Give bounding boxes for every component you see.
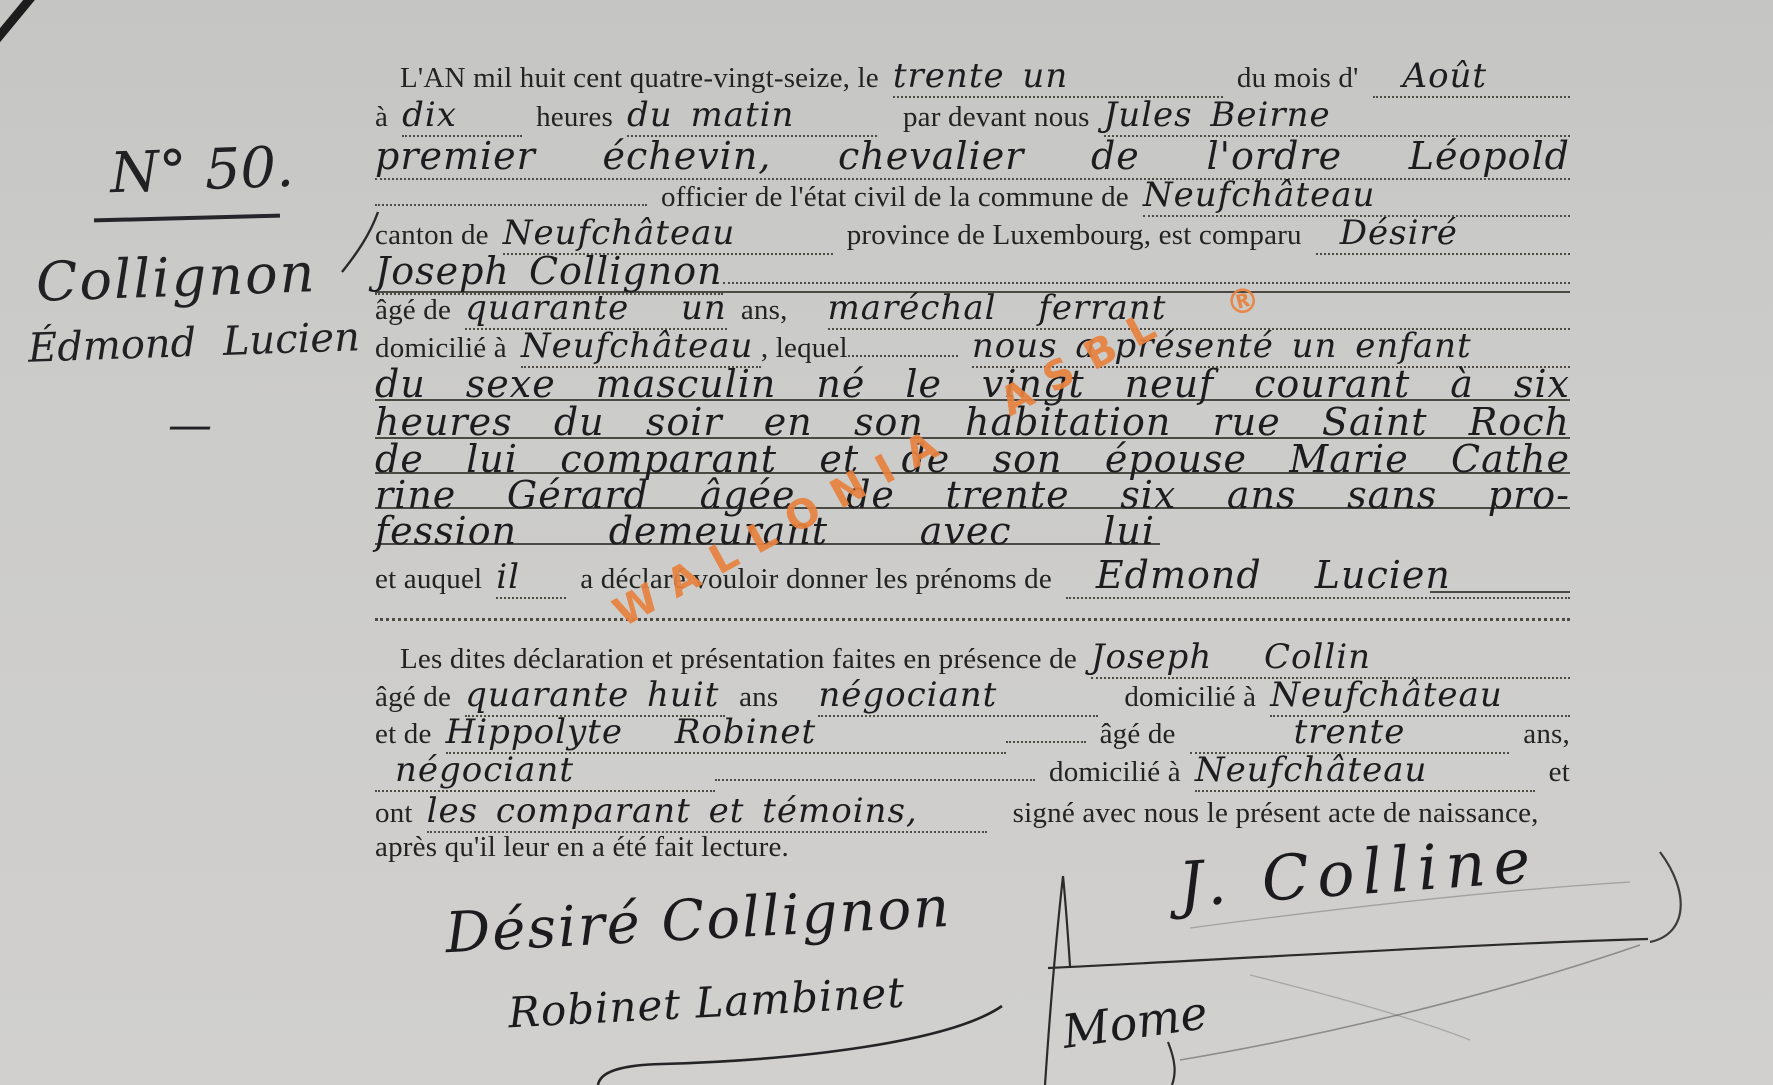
- printed-witness-intro: Les dites déclaration et présentation fa…: [400, 643, 1077, 676]
- act-line-1: L'AN mil huit cent quatre-vingt-seize, l…: [400, 56, 1570, 98]
- printed-after-reading: après qu'il leur en a été fait lecture.: [375, 831, 789, 864]
- hw-witness1-name: Joseph Collin: [1091, 637, 1570, 679]
- scribble-descender: [1168, 1042, 1175, 1085]
- printed-and: et: [1549, 756, 1570, 789]
- margin-flourish: [342, 212, 378, 272]
- scanned-birth-act: { "document": { "margin": { "act_number"…: [0, 0, 1773, 1085]
- hw-officer-titles: premier échevin, chevalier de l'ordre Lé…: [375, 134, 1570, 180]
- printed-before-us: par devant nous: [903, 101, 1090, 134]
- margin-child-firstnames: Édmond Lucien: [27, 314, 360, 372]
- hw-day: trente un: [893, 56, 1223, 98]
- hw-witness2-age: trente: [1190, 712, 1510, 754]
- act-line-7: âgé de quarante un ans, maréchal ferrant: [375, 288, 1570, 330]
- hw-child-firstnames: Edmond Lucien: [1066, 553, 1570, 599]
- leader-dots: [848, 355, 958, 357]
- hw-witness1-domicile: Neufchâteau: [1270, 675, 1570, 717]
- printed-hours: heures: [536, 101, 613, 134]
- hw-pronoun: il: [496, 557, 566, 599]
- hw-witness1-profession: négociant: [818, 675, 1098, 717]
- hw-hour: dix: [402, 95, 522, 137]
- printed-domiciled-w2: domicilié à: [1049, 756, 1181, 789]
- signature-witnesses: Robinet Lambinet: [507, 968, 906, 1038]
- hw-daypart: du matin: [627, 95, 877, 137]
- blank-dotted-line: [375, 618, 1570, 621]
- printed-and-of: et de: [375, 718, 432, 751]
- hw-witness1-age: quarante huit: [465, 675, 725, 717]
- signature-scribble: Mome: [1059, 985, 1211, 1059]
- act-line-18: et de Hippolyte Robinet âgé de trente an…: [375, 712, 1570, 754]
- printed-civil-officer: officier de l'état civil de la commune d…: [661, 181, 1129, 214]
- officer-flourish-return: [1180, 945, 1640, 1060]
- officer-flourish-sweep: [1048, 939, 1648, 968]
- act-number: N° 50.: [109, 135, 295, 206]
- printed-years: ans,: [741, 294, 788, 327]
- act-line-14: et auquel il a déclaré vouloir donner le…: [375, 553, 1570, 599]
- hw-declarant-age: quarante un: [465, 288, 727, 330]
- margin-child-surname: Collignon: [35, 241, 317, 314]
- hw-month: Août: [1373, 56, 1570, 98]
- faint-bottom-curve: [1250, 975, 1470, 1040]
- hw-witness2-domicile: Neufchâteau: [1195, 750, 1535, 792]
- hw-officer-name: Jules Beirne: [1104, 95, 1570, 137]
- printed-month-label: du mois d': [1237, 62, 1359, 95]
- act-line-19: négociant domicilié à Neufchâteau et: [375, 750, 1570, 792]
- hw-witness2-name: Hippolyte Robinet: [446, 712, 1006, 754]
- officer-flourish-hook: [1650, 852, 1681, 942]
- leader-dots: [715, 779, 1035, 781]
- printed-domiciled: domicilié à: [375, 332, 507, 365]
- act-line-2: à dix heures du matin par devant nous Ju…: [375, 95, 1570, 137]
- hw-commune: Neufchâteau: [1143, 175, 1570, 217]
- act-line-16: Les dites déclaration et présentation fa…: [400, 637, 1570, 679]
- scan-corner-mark: [0, 0, 34, 40]
- printed-province: province de Luxembourg, est comparu: [847, 219, 1302, 252]
- hw-signing-parties: les comparant et témoins,: [427, 791, 987, 833]
- printed-canton: canton de: [375, 219, 489, 252]
- hw-declarant-profession: maréchal ferrant: [828, 288, 1570, 330]
- printed-aged-w2: âgé de: [1100, 718, 1176, 751]
- printed-years-w1: ans: [739, 681, 778, 714]
- signature-declarant: Désiré Collignon: [444, 875, 953, 966]
- margin-dash: —: [168, 400, 212, 451]
- printed-aged-w1: âgé de: [375, 681, 451, 714]
- printed-year-intro: L'AN mil huit cent quatre-vingt-seize, l…: [400, 62, 879, 95]
- leader-dots: [723, 282, 1570, 284]
- printed-at: à: [375, 101, 388, 134]
- printed-years-w2: ans,: [1523, 718, 1570, 751]
- hw-witness2-profession: négociant: [375, 750, 715, 792]
- printed-who: , lequel: [761, 332, 848, 365]
- act-line-17: âgé de quarante huit ans négociant domic…: [375, 675, 1570, 717]
- leader-dots: [375, 204, 647, 206]
- printed-have: ont: [375, 797, 413, 830]
- act-number-underline: [94, 214, 280, 223]
- printed-domiciled-w1: domicilié à: [1124, 681, 1256, 714]
- act-line-20: ont les comparant et témoins, signé avec…: [375, 791, 1570, 833]
- printed-signed-with-us: signé avec nous le présent acte de naiss…: [1013, 797, 1570, 830]
- act-line-3: premier échevin, chevalier de l'ordre Lé…: [375, 134, 1570, 180]
- leader-dots: [1006, 741, 1086, 743]
- printed-aged: âgé de: [375, 294, 451, 327]
- act-line-4: officier de l'état civil de la commune d…: [375, 175, 1570, 217]
- printed-and-to-whom: et auquel: [375, 563, 482, 596]
